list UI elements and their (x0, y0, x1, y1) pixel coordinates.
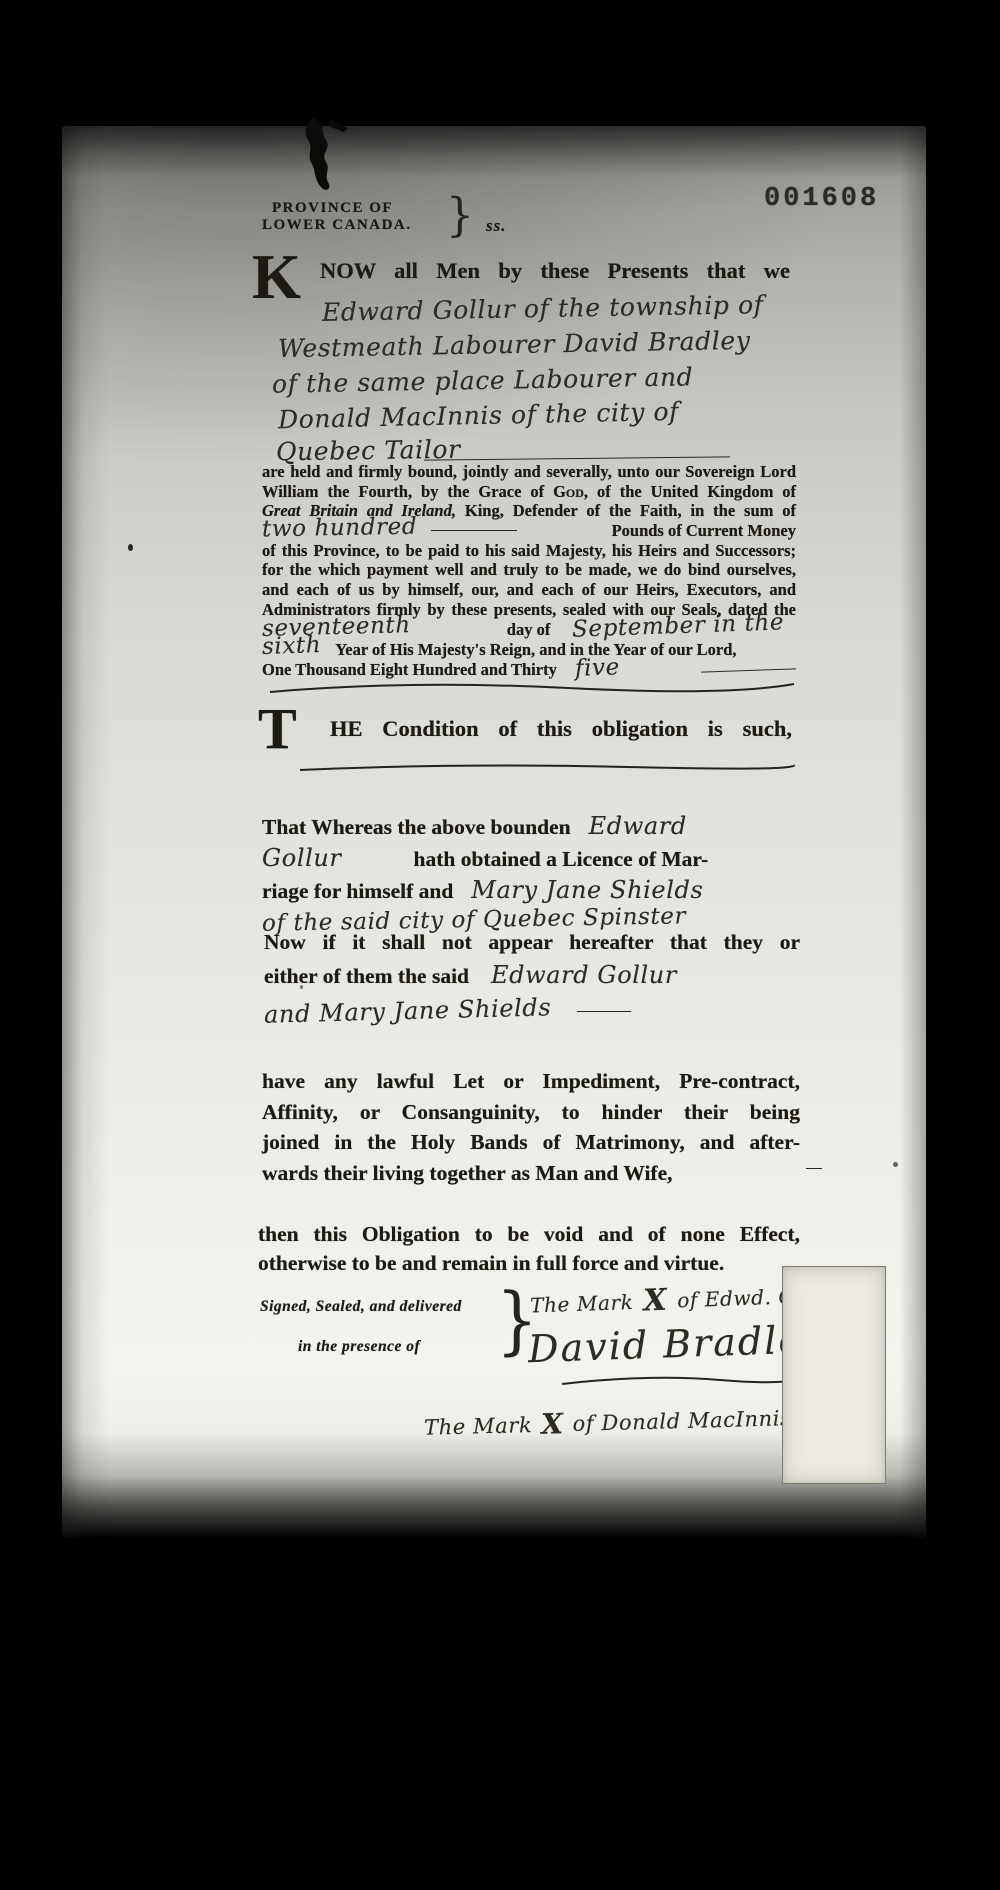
blank-fill-rule (431, 530, 517, 531)
signature-flourish (560, 1372, 810, 1388)
reign-year-handwritten: sixth (262, 636, 322, 658)
bond-line: William the Fourth, by the Grace of God,… (262, 482, 796, 502)
whereas-print: That Whereas the above bounden (262, 815, 571, 839)
bond-text: Year of His Majesty's Reign, and in the … (335, 640, 736, 660)
now-line: either of them the said Edward Gollur (264, 961, 800, 995)
mark-text: The Mark (530, 1289, 634, 1317)
whereas-print: hath obtained a Licence of Mar- (414, 847, 709, 871)
seal-paper-patch (782, 1266, 886, 1484)
now-hand: and Mary Jane Shields (264, 993, 552, 1029)
whereas-line: riage for himself and Mary Jane Shields (262, 876, 802, 907)
bond-text: King, Defender of the Faith, in the sum … (465, 501, 796, 520)
mark-x-glyph: X (541, 1407, 564, 1441)
whereas-hand: Gollur (262, 844, 342, 872)
sum-handwritten: two hundred (262, 518, 418, 540)
void-line: then this Obligation to be void and of n… (258, 1220, 800, 1249)
flourish-rule (268, 678, 796, 698)
bond-line: for the which payment well and truly to … (262, 560, 796, 580)
bond-text: William the Fourth, by the Grace of (262, 482, 544, 501)
bond-date-line: seventeenth day of September in the (262, 619, 796, 640)
ss-abbreviation: ss. (486, 216, 506, 236)
impediment-paragraph: have any lawful Let or Impediment, Pre-c… (262, 1066, 800, 1188)
bond-text: day of (507, 620, 551, 640)
whereas-line: Gollur hath obtained a Licence of Mar- (262, 844, 802, 876)
mark-x-glyph: X (643, 1283, 668, 1319)
opening-dropcap: K (252, 248, 301, 306)
flourish-rule (298, 760, 796, 774)
whereas-print: riage for himself and (262, 879, 453, 903)
scanned-document-page: PROVINCE OF LOWER CANADA. } ss. 001608 K… (0, 0, 1000, 1890)
ink-speck (893, 1162, 898, 1167)
now-line: Now if it shall not appear hereafter tha… (264, 930, 800, 961)
whereas-clause: That Whereas the above bounden Edward Go… (262, 812, 802, 937)
year-word-handwritten: five (575, 659, 621, 680)
mark-text: of Donald MacInnis (572, 1406, 791, 1436)
blank-fill-rule (577, 1011, 631, 1012)
mark-text: The Mark (424, 1412, 533, 1439)
bond-text: One Thousand Eight Hundred and Thirty (262, 660, 557, 680)
whereas-hand: Mary Jane Shields (471, 876, 703, 904)
ink-speck (300, 985, 303, 989)
now-print: either of them the said (264, 964, 469, 988)
ink-speck (128, 544, 133, 551)
bond-line: of this Province, to be paid to his said… (262, 541, 796, 561)
bond-line: are held and firmly bound, jointly and s… (262, 462, 796, 482)
bond-reign-line: sixth Year of His Majesty's Reign, and i… (262, 640, 796, 660)
now-clause: Now if it shall not appear hereafter tha… (264, 930, 800, 1027)
bond-text: Pounds of Current Money (612, 521, 796, 541)
whereas-hand: Edward (589, 812, 687, 840)
blank-fill-rule (701, 668, 796, 672)
bond-text: of the United Kingdom of (597, 482, 796, 501)
opening-line: NOW all Men by these Presents that we (320, 258, 790, 284)
header-brace: } (446, 189, 474, 243)
bond-text-smallcaps: God, (553, 482, 588, 501)
in-presence-label: in the presence of (298, 1338, 420, 1356)
province-line-2: LOWER CANADA. (262, 217, 412, 234)
province-line-1: PROVINCE OF (272, 200, 393, 217)
impediment-line: have any lawful Let or Impediment, Pre-c… (262, 1066, 800, 1097)
impediment-line: Affinity, or Consanguinity, to hinder th… (262, 1097, 800, 1128)
month-handwritten: September in the (572, 613, 785, 640)
bond-line: and each of us by himself, our, and each… (262, 580, 796, 600)
void-line: otherwise to be and remain in full force… (258, 1249, 800, 1278)
bond-paragraph: are held and firmly bound, jointly and s… (262, 462, 796, 680)
bond-sum-line: two hundred Pounds of Current Money (262, 521, 796, 541)
end-dash (806, 1168, 822, 1169)
ink-blot (286, 118, 356, 194)
now-hand: Edward Gollur (491, 961, 677, 989)
now-line: and Mary Jane Shields (264, 995, 800, 1027)
whereas-line: That Whereas the above bounden Edward (262, 812, 802, 844)
serial-number-stamp: 001608 (764, 184, 879, 214)
impediment-line: wards their living together as Man and W… (262, 1158, 800, 1189)
condition-heading: HE Condition of this obligation is such, (330, 716, 792, 742)
void-clause: then this Obligation to be void and of n… (258, 1220, 800, 1277)
signed-sealed-label: Signed, Sealed, and delivered (260, 1298, 462, 1316)
impediment-line: joined in the Holy Bands of Matrimony, a… (262, 1127, 800, 1158)
condition-dropcap: T (258, 702, 297, 756)
